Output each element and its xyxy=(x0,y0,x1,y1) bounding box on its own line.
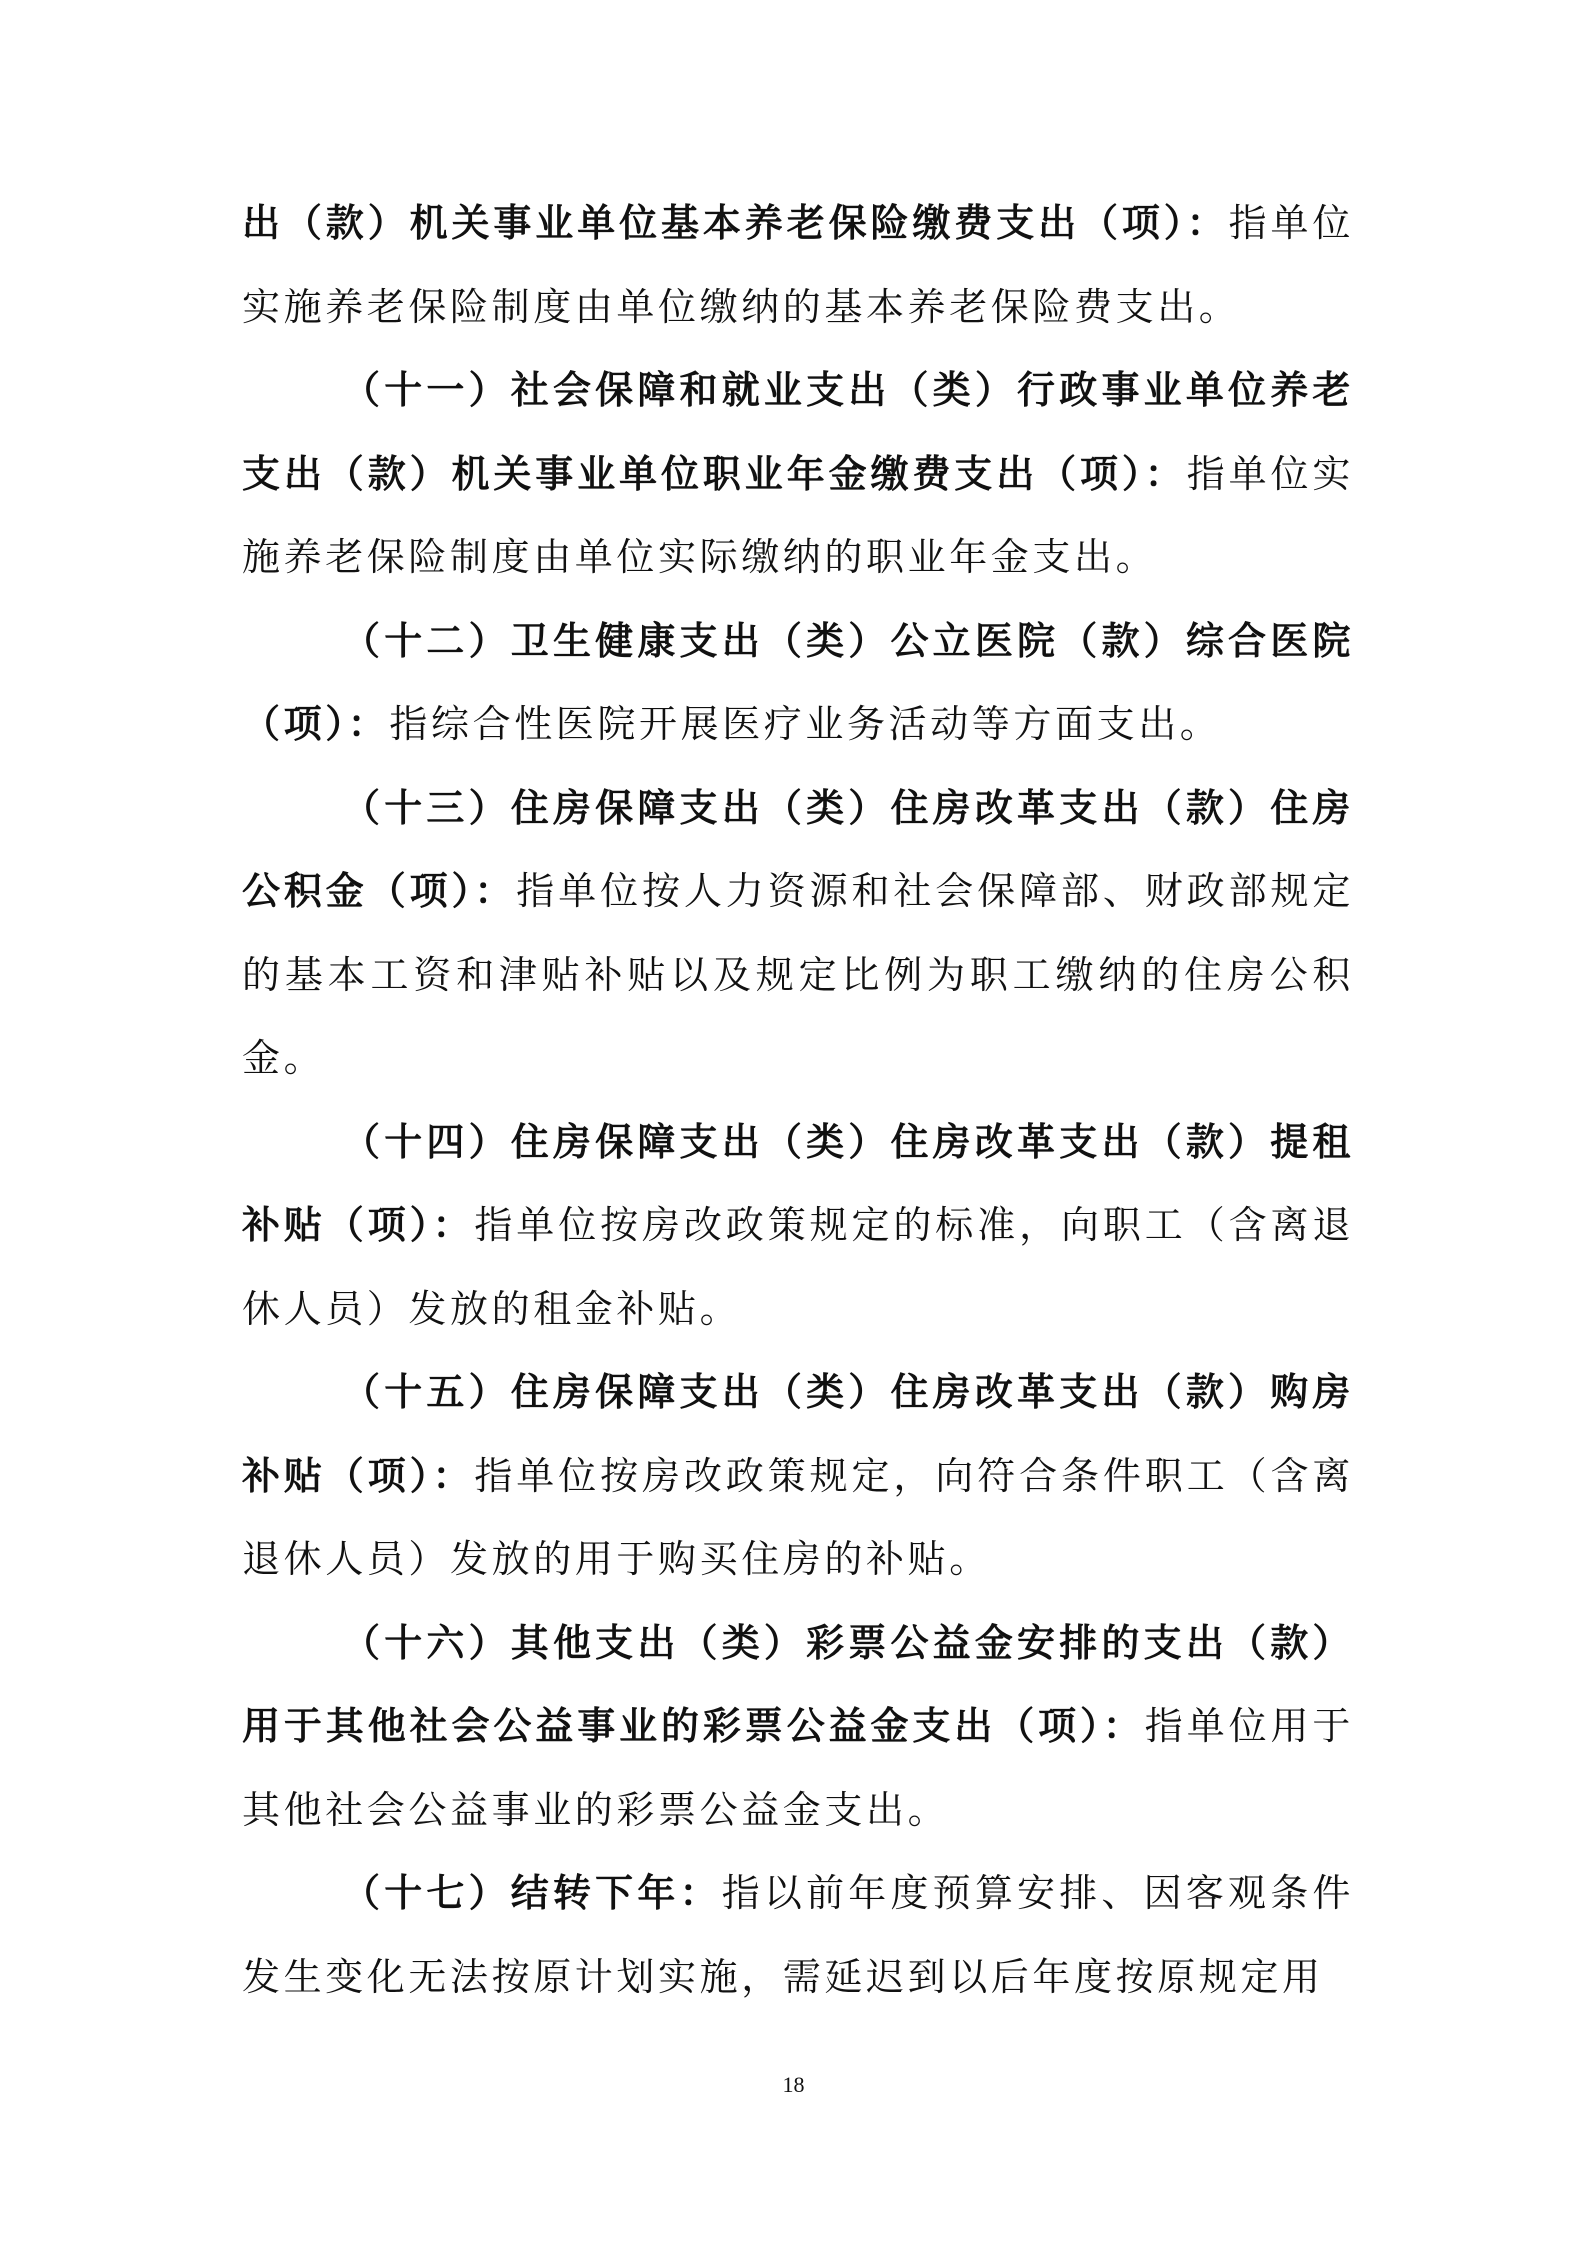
document-page: 出（款）机关事业单位基本养老保险缴费支出（项）：指单位实施养老保险制度由单位缴纳… xyxy=(242,182,1354,2019)
paragraph-heading: 出（款）机关事业单位基本养老保险缴费支出（项）： xyxy=(242,201,1229,245)
paragraph-continuation-basic-pension: 出（款）机关事业单位基本养老保险缴费支出（项）：指单位实施养老保险制度由单位缴纳… xyxy=(242,182,1354,349)
paragraph-heading: （十七）结转下年： xyxy=(342,1871,722,1915)
page-number: 18 xyxy=(0,2072,1587,2098)
paragraph-13-housing-fund: （十三）住房保障支出（类）住房改革支出（款）住房公积金（项）：指单位按人力资源和… xyxy=(242,767,1354,1101)
paragraph-body: 指综合性医院开展医疗业务活动等方面支出。 xyxy=(389,702,1221,746)
paragraph-11-occupational-annuity: （十一）社会保障和就业支出（类）行政事业单位养老支出（款）机关事业单位职业年金缴… xyxy=(242,349,1354,600)
paragraph-15-purchase-subsidy: （十五）住房保障支出（类）住房改革支出（款）购房补贴（项）：指单位按房改政策规定… xyxy=(242,1351,1354,1602)
paragraph-12-general-hospital: （十二）卫生健康支出（类）公立医院（款）综合医院（项）：指综合性医院开展医疗业务… xyxy=(242,600,1354,767)
paragraph-14-rent-subsidy: （十四）住房保障支出（类）住房改革支出（款）提租补贴（项）：指单位按房改政策规定… xyxy=(242,1101,1354,1352)
paragraph-16-lottery-fund: （十六）其他支出（类）彩票公益金安排的支出（款）用于其他社会公益事业的彩票公益金… xyxy=(242,1602,1354,1853)
paragraph-17-carry-over: （十七）结转下年：指以前年度预算安排、因客观条件发生变化无法按原计划实施，需延迟… xyxy=(242,1852,1354,2019)
